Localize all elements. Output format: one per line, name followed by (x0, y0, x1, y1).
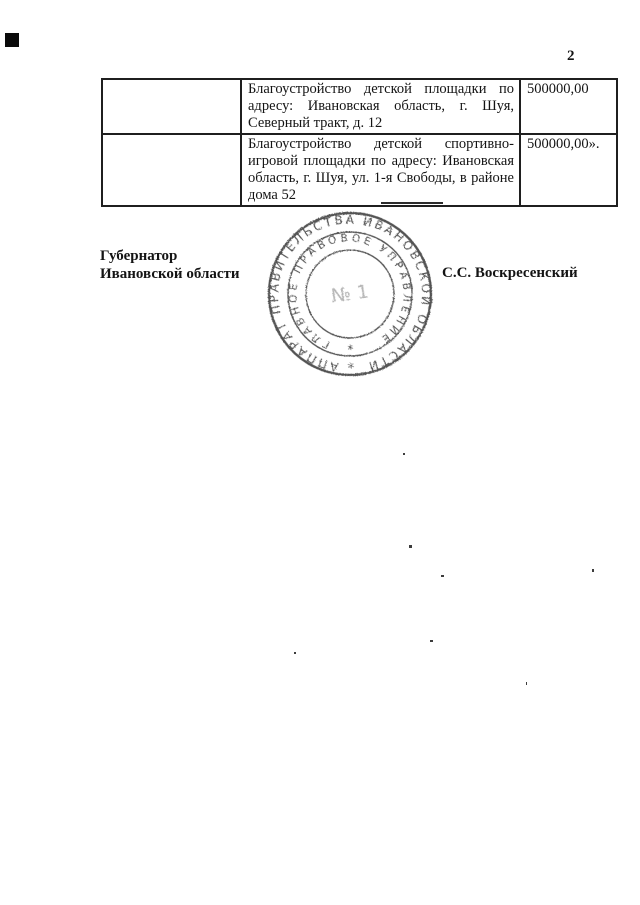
scan-artifact-square (5, 33, 19, 47)
table-cell-description: Благоустройство детской площадки по адре… (241, 79, 520, 134)
table-cell-empty (102, 79, 241, 134)
table-row: Благоустройство детской спортивно-игрово… (102, 134, 617, 206)
table-cell-amount: 500000,00». (520, 134, 617, 206)
table-cell-empty (102, 134, 241, 206)
scan-speck (294, 652, 296, 654)
scan-speck (526, 682, 527, 685)
stamp-center-number: № 1 (330, 280, 371, 307)
stamp-star-inner: * (347, 342, 355, 357)
table-row: Благоустройство детской площадки по адре… (102, 79, 617, 134)
table-cell-amount: 500000,00 (520, 79, 617, 134)
scan-speck (403, 453, 405, 455)
scan-speck (409, 545, 412, 548)
amendments-table: Благоустройство детской площадки по адре… (101, 78, 618, 207)
scan-speck (430, 640, 433, 642)
page-number: 2 (567, 49, 575, 64)
table-cell-description: Благоустройство детской спортивно-игрово… (241, 134, 520, 206)
scan-speck (592, 569, 594, 572)
scan-speck (441, 575, 444, 577)
official-stamp: АППАРАТ ПРАВИТЕЛЬСТВА ИВАНОВСКОЙ ОБЛАСТИ… (255, 199, 445, 389)
signature-title-line1: Губернатор (100, 248, 240, 266)
stamp-star-outer: * (347, 361, 356, 377)
signature-title-line2: Ивановской области (100, 266, 240, 284)
signature-name: С.С. Воскресенский (442, 265, 578, 282)
signature-title: Губернатор Ивановской области (100, 248, 240, 283)
